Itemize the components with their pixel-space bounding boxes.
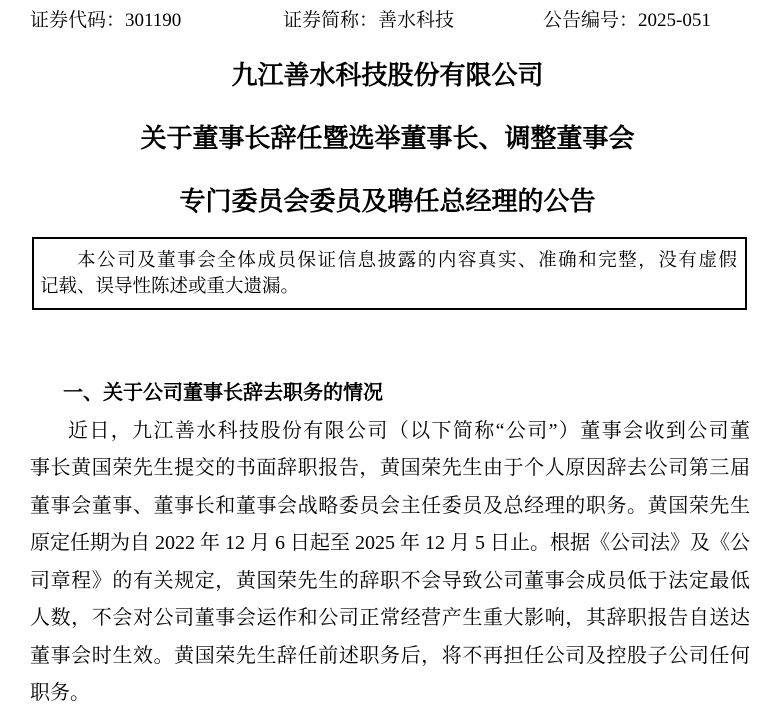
announcement-title-line2: 专门委员会委员及聘任总经理的公告 <box>0 184 775 220</box>
paragraph-line: 职务。 <box>30 675 750 713</box>
paragraph-line: 近日，九江善水科技股份有限公司（以下简称“公司”）董事会收到公司董 <box>30 413 750 451</box>
paragraph-line: 董事会董事、董事长和董事会战略委员会主任委员及总经理的职务。黄国荣先生 <box>30 488 750 526</box>
paragraph-line: 人数，不会对公司董事会运作和公司正常经营产生重大影响，其辞职报告自送达 <box>30 600 750 638</box>
paragraph-line: 司章程》的有关规定，黄国荣先生的辞职不会导致公司董事会成员低于法定最低 <box>30 563 750 601</box>
announcement-title-line1: 关于董事长辞任暨选举董事长、调整董事会 <box>0 121 775 157</box>
paragraph-line: 事长黄国荣先生提交的书面辞职报告，黄国荣先生由于个人原因辞去公司第三届 <box>30 450 750 488</box>
announcement-document: 证券代码：301190 证券简称：善水科技 公告编号：2025-051 九江善水… <box>0 0 775 714</box>
company-title: 九江善水科技股份有限公司 <box>0 58 775 94</box>
stock-name: 证券简称：善水科技 <box>283 8 454 34</box>
disclaimer-line: 本公司及董事会全体成员保证信息披露的内容真实、准确和完整，没有虚假 <box>40 249 737 275</box>
disclaimer-line: 记载、误导性陈述或重大遗漏。 <box>40 275 737 301</box>
section1-heading: 一、关于公司董事长辞去职务的情况 <box>30 375 750 413</box>
section-1: 一、关于公司董事长辞去职务的情况 近日，九江善水科技股份有限公司（以下简称“公司… <box>30 375 750 713</box>
paragraph-line: 原定任期为自 2022 年 12 月 6 日起至 2025 年 12 月 5 日… <box>30 525 750 563</box>
stock-code: 证券代码：301190 <box>30 8 181 34</box>
paragraph-line: 董事会时生效。黄国荣先生辞任前述职务后，将不再担任公司及控股子公司任何 <box>30 638 750 676</box>
securities-header: 证券代码：301190 证券简称：善水科技 公告编号：2025-051 <box>0 8 775 34</box>
announcement-number: 公告编号：2025-051 <box>543 8 711 34</box>
disclaimer-box: 本公司及董事会全体成员保证信息披露的内容真实、准确和完整，没有虚假 记载、误导性… <box>32 237 747 310</box>
